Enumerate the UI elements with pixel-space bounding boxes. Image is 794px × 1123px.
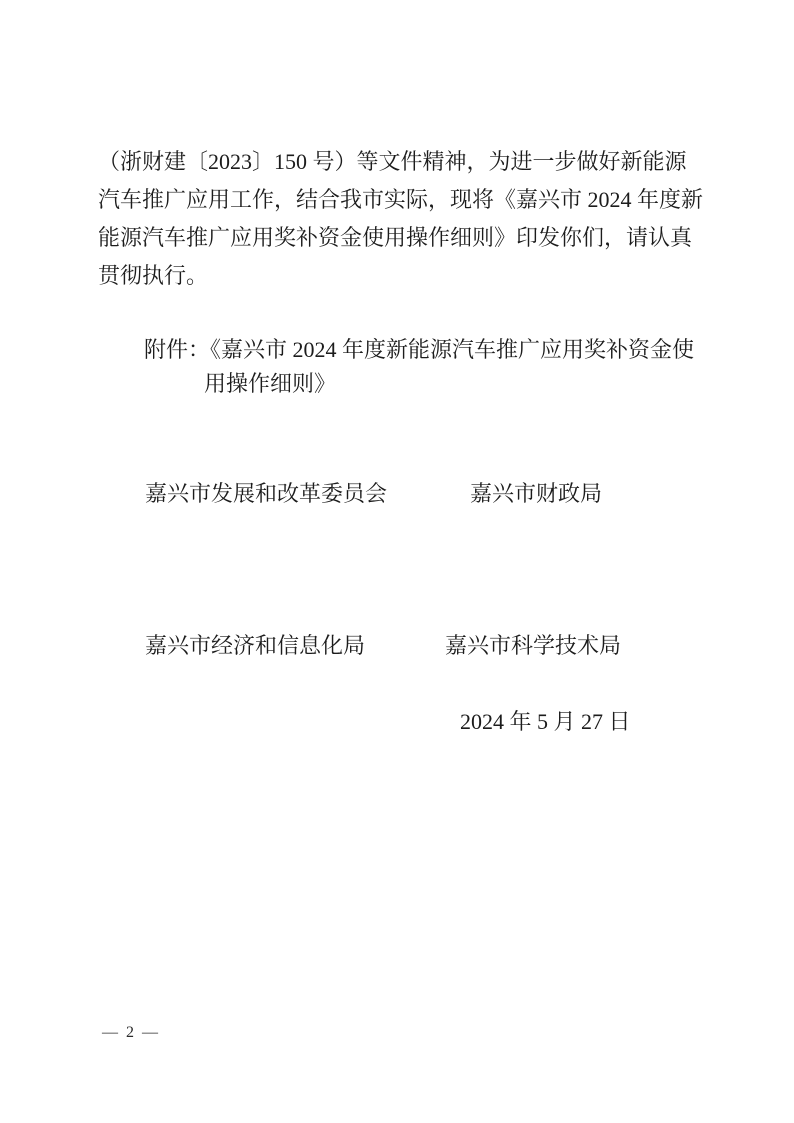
signature-agency-science-technology: 嘉兴市科学技术局 xyxy=(445,631,621,661)
issue-date: 2024 年 5 月 27 日 xyxy=(460,707,631,737)
paragraph-line-1: （浙财建〔2023〕150 号）等文件精神，为进一步做好新能源 xyxy=(98,143,712,181)
attachment-line-1: 附件：《嘉兴市 2024 年度新能源汽车推广应用奖补资金使 xyxy=(144,333,712,367)
body-paragraph: （浙财建〔2023〕150 号）等文件精神，为进一步做好新能源 汽车推广应用工作… xyxy=(98,143,712,295)
signature-agency-finance: 嘉兴市财政局 xyxy=(470,479,602,509)
paragraph-line-3: 能源汽车推广应用奖补资金使用操作细则》印发你们，请认真 xyxy=(98,219,712,257)
paragraph-line-2: 汽车推广应用工作，结合我市实际，现将《嘉兴市 2024 年度新 xyxy=(98,181,712,219)
attachment-note: 附件：《嘉兴市 2024 年度新能源汽车推广应用奖补资金使 用操作细则》 xyxy=(98,333,712,401)
page-number: — 2 — xyxy=(102,1023,160,1043)
document-page: （浙财建〔2023〕150 号）等文件精神，为进一步做好新能源 汽车推广应用工作… xyxy=(0,0,794,1123)
signature-agency-economy-information: 嘉兴市经济和信息化局 xyxy=(145,631,365,661)
attachment-line-2: 用操作细则》 xyxy=(204,367,712,401)
paragraph-line-4: 贯彻执行。 xyxy=(98,257,712,295)
signature-agency-development-reform: 嘉兴市发展和改革委员会 xyxy=(145,479,387,509)
